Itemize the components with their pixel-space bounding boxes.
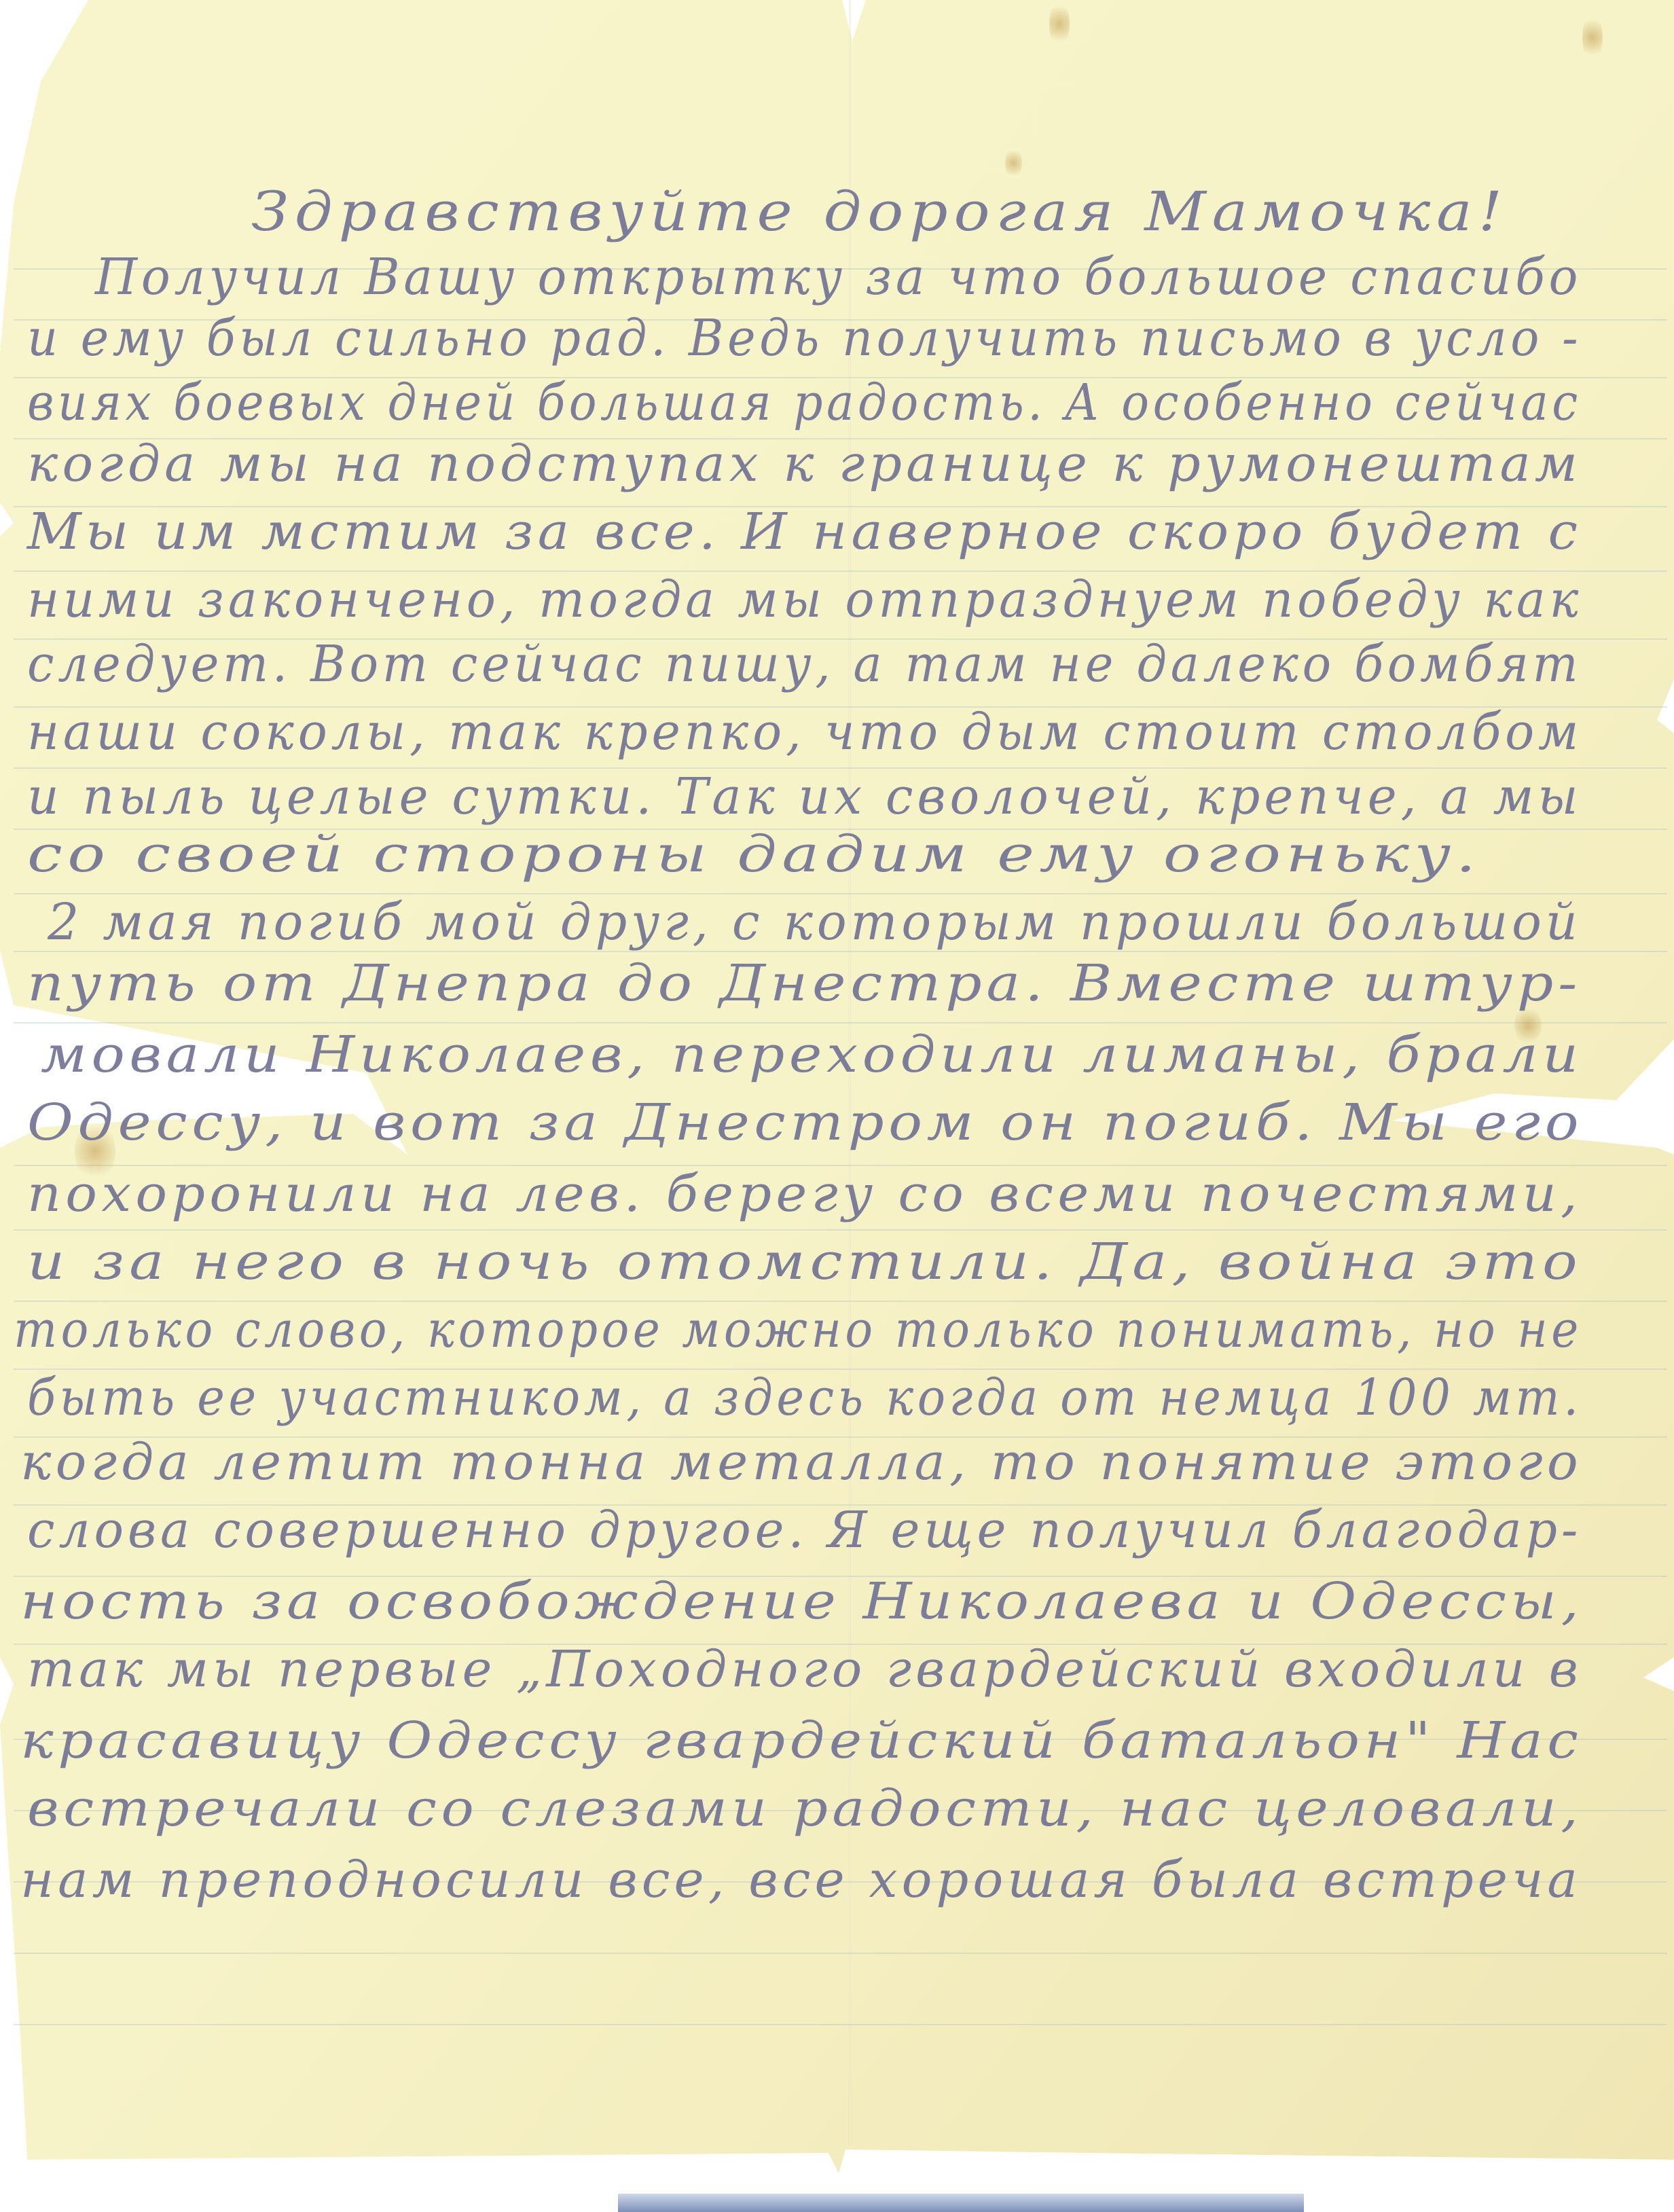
letter-line: Одессу, и вот за Днестром он погиб. Мы е… — [27, 1093, 1583, 1152]
letter-line: только слово, которое можно только поним… — [14, 1301, 1582, 1359]
letter-line: когда летит тонна металла, то понятие эт… — [20, 1433, 1582, 1491]
letter-line: похоронили на лев. берегу со всеми почес… — [27, 1165, 1582, 1223]
letter-line: красавицу Одессу гвардейский батальон" Н… — [20, 1711, 1583, 1770]
letter-line: нам преподносили все, все хорошая была в… — [20, 1851, 1582, 1909]
letter-line: со своей стороны дадим ему огоньку. — [27, 825, 1481, 884]
letter-line: наши соколы, так крепко, что дым стоит с… — [27, 703, 1582, 761]
letter-line: встречали со слезами радости, нас целова… — [27, 1779, 1582, 1838]
letter-line: путь от Днепра до Днестра. Вместе штур- — [27, 954, 1582, 1013]
letter-line: ними закончено, тогда мы отпразднуем поб… — [27, 570, 1582, 629]
letter-line: ность за освобождение Николаева и Одессы… — [20, 1572, 1584, 1631]
letter-line: 2 мая погиб мой друг, с которым прошли б… — [48, 893, 1582, 951]
letter-line: слова совершенно другое. Я еще получил б… — [27, 1501, 1582, 1559]
letter-line: Мы им мстим за все. И наверное скоро буд… — [27, 503, 1582, 561]
letter-line: и ему был сильно рад. Ведь получить пись… — [27, 309, 1582, 367]
letter-line: быть ее участником, а здесь когда от нем… — [27, 1368, 1582, 1427]
letter-line: и за него в ночь отомстили. Да, война эт… — [27, 1233, 1582, 1291]
letter-text: Здравствуйте дорогая Мамочка! Получил Ва… — [0, 0, 1674, 2212]
letter-line: когда мы на подступах к границе к румоне… — [27, 435, 1582, 493]
letter-line: так мы первые „Походного гвардейский вхо… — [27, 1640, 1582, 1699]
letter-line: и пыль целые сутки. Так их сволочей, кре… — [27, 767, 1582, 826]
letter-line: виях боевых дней большая радость. А особ… — [27, 374, 1582, 432]
letter-greeting: Здравствуйте дорогая Мамочка! — [251, 180, 1508, 243]
letter-line: Получил Вашу открытку за что большое спа… — [95, 248, 1582, 306]
letter-line: мовали Николаев, переходили лиманы, брал… — [41, 1026, 1583, 1084]
letter-line: следует. Вот сейчас пишу, а там не далек… — [27, 635, 1582, 693]
